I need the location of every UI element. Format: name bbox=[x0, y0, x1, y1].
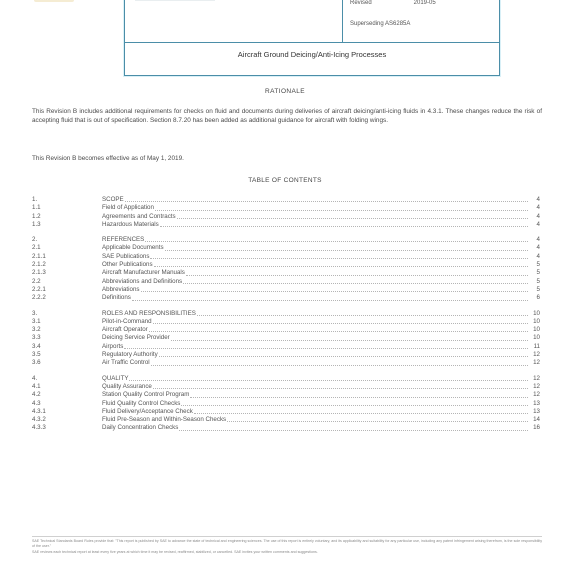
toc-entry-number: 2.2.2 bbox=[32, 294, 102, 302]
toc-entry[interactable]: 2.2Abbreviations and Definitions5 bbox=[32, 278, 540, 286]
toc-entry-number: 4.1 bbox=[32, 383, 102, 391]
toc-entry-page: 4 bbox=[528, 221, 540, 229]
toc-entry-title: Fluid Quality Control Checks bbox=[102, 400, 181, 408]
toc-entry-title: Field of Application bbox=[102, 204, 155, 212]
toc-section-group: 2.REFERENCES42.1Applicable Documents42.1… bbox=[32, 236, 540, 302]
toc-entry[interactable]: 4.3.2Fluid Pre-Season and Within-Season … bbox=[32, 416, 540, 424]
header-top-row: Revised 2019-05 Superseding AS6285A bbox=[125, 0, 499, 43]
toc-section-group: 3.ROLES AND RESPONSIBILITIES103.1Pilot-i… bbox=[32, 310, 540, 368]
toc-entry-number: 4. bbox=[32, 375, 102, 383]
toc-dot-leader bbox=[125, 201, 528, 202]
footer-line-1: SAE Technical Standards Board Rules prov… bbox=[32, 539, 542, 549]
rationale-paragraph: This Revision B includes additional requ… bbox=[32, 108, 542, 125]
toc-dot-leader bbox=[149, 331, 528, 332]
toc-dot-leader bbox=[190, 397, 528, 398]
toc-entry-title: Deicing Service Provider bbox=[102, 334, 171, 342]
effective-date-text: This Revision B becomes effective as of … bbox=[32, 155, 184, 162]
toc-entry-title: Aircraft Operator bbox=[102, 326, 149, 334]
toc-entry-number: 2.1.1 bbox=[32, 253, 102, 261]
toc-entry-page: 13 bbox=[528, 400, 540, 408]
toc-dot-leader bbox=[181, 405, 528, 406]
toc-entry-title: Station Quality Control Program bbox=[102, 391, 190, 399]
toc-entry-page: 12 bbox=[528, 359, 540, 367]
toc-dot-leader bbox=[197, 315, 528, 316]
toc-entry-title: SCOPE bbox=[102, 196, 125, 204]
toc-entry-page: 4 bbox=[528, 196, 540, 204]
toc-entry[interactable]: 3.1Pilot-in-Command10 bbox=[32, 318, 540, 326]
toc-dot-leader bbox=[165, 250, 528, 251]
toc-entry-number: 2.2 bbox=[32, 278, 102, 286]
toc-entry[interactable]: 3.5Regulatory Authority12 bbox=[32, 351, 540, 359]
toc-entry[interactable]: 4.3.3Daily Concentration Checks16 bbox=[32, 424, 540, 432]
toc-entry[interactable]: 4.1Quality Assurance12 bbox=[32, 383, 540, 391]
toc-entry[interactable]: 2.1.1SAE Publications4 bbox=[32, 253, 540, 261]
toc-entry-page: 16 bbox=[528, 424, 540, 432]
toc-entry-page: 12 bbox=[528, 383, 540, 391]
toc-section-group: 4.QUALITY124.1Quality Assurance124.2Stat… bbox=[32, 375, 540, 433]
toc-entry-title: REFERENCES bbox=[102, 236, 145, 244]
toc-dot-leader bbox=[132, 300, 528, 301]
toc-entry[interactable]: 3.6Air Traffic Control12 bbox=[32, 359, 540, 367]
toc-entry-page: 12 bbox=[528, 375, 540, 383]
toc-entry-title: Daily Concentration Checks bbox=[102, 424, 179, 432]
toc-entry-title: Airports bbox=[102, 343, 124, 351]
toc-entry-number: 4.3.2 bbox=[32, 416, 102, 424]
superseding-value: AS6285A bbox=[385, 21, 410, 27]
revised-value: 2019-05 bbox=[414, 0, 436, 6]
toc-dot-leader bbox=[160, 226, 528, 227]
footer-line-2: SAE reviews each technical report at lea… bbox=[32, 550, 542, 555]
document-header-box: Revised 2019-05 Superseding AS6285A Airc… bbox=[124, 0, 500, 76]
toc-entry-number: 2.1.3 bbox=[32, 269, 102, 277]
toc-entry[interactable]: 4.2Station Quality Control Program12 bbox=[32, 391, 540, 399]
toc-entry[interactable]: 1.1Field of Application4 bbox=[32, 204, 540, 212]
toc-entry[interactable]: 3.2Aircraft Operator10 bbox=[32, 326, 540, 334]
toc-entry-number: 1.2 bbox=[32, 213, 102, 221]
toc-entry-number: 1. bbox=[32, 196, 102, 204]
toc-dot-leader bbox=[141, 291, 529, 292]
rationale-heading: RATIONALE bbox=[0, 88, 570, 95]
toc-dot-leader bbox=[159, 356, 528, 357]
revised-label: Revised bbox=[350, 0, 412, 6]
toc-dot-leader bbox=[150, 258, 528, 259]
toc-entry-page: 4 bbox=[528, 236, 540, 244]
toc-entry-title: SAE Publications bbox=[102, 253, 150, 261]
toc-dot-leader bbox=[171, 340, 528, 341]
toc-entry[interactable]: 2.1.2Other Publications5 bbox=[32, 261, 540, 269]
toc-dot-leader bbox=[227, 421, 528, 422]
toc-entry-page: 10 bbox=[528, 334, 540, 342]
toc-entry-page: 10 bbox=[528, 326, 540, 334]
toc-entry-page: 5 bbox=[528, 261, 540, 269]
toc-entry-title: Hazardous Materials bbox=[102, 221, 160, 229]
toc-entry-number: 2.2.1 bbox=[32, 286, 102, 294]
footer-notice: SAE Technical Standards Board Rules prov… bbox=[32, 539, 542, 556]
toc-entry-number: 3.2 bbox=[32, 326, 102, 334]
toc-dot-leader bbox=[194, 413, 528, 414]
toc-entry[interactable]: 2.1Applicable Documents4 bbox=[32, 244, 540, 252]
toc-entry[interactable]: 2.2.2Definitions6 bbox=[32, 294, 540, 302]
toc-entry-title: Agreements and Contracts bbox=[102, 213, 177, 221]
toc-dot-leader bbox=[124, 348, 528, 349]
toc-entry-page: 5 bbox=[528, 269, 540, 277]
toc-entry-page: 12 bbox=[528, 391, 540, 399]
toc-entry-title: Fluid Pre-Season and Within-Season Check… bbox=[102, 416, 227, 424]
revised-row: Revised 2019-05 bbox=[350, 0, 436, 6]
toc-entry-title: Pilot-in-Command bbox=[102, 318, 153, 326]
toc-dot-leader bbox=[151, 365, 528, 366]
toc-dot-leader bbox=[153, 388, 528, 389]
toc-entry-page: 4 bbox=[528, 204, 540, 212]
toc-entry[interactable]: 4.QUALITY12 bbox=[32, 375, 540, 383]
toc-entry-page: 10 bbox=[528, 310, 540, 318]
toc-entry[interactable]: 4.3.1Fluid Delivery/Acceptance Check13 bbox=[32, 408, 540, 416]
toc-entry-number: 3.1 bbox=[32, 318, 102, 326]
toc-entry-page: 5 bbox=[528, 286, 540, 294]
toc-entry-page: 13 bbox=[528, 408, 540, 416]
toc-entry-title: Abbreviations and Definitions bbox=[102, 278, 183, 286]
toc-entry-page: 5 bbox=[528, 278, 540, 286]
toc-entry[interactable]: 3.3Deicing Service Provider10 bbox=[32, 334, 540, 342]
toc-dot-leader bbox=[155, 210, 528, 211]
toc-entry[interactable]: 2.2.1Abbreviations5 bbox=[32, 286, 540, 294]
toc-dot-leader bbox=[183, 283, 528, 284]
toc-entry-page: 12 bbox=[528, 351, 540, 359]
toc-entry[interactable]: 3.ROLES AND RESPONSIBILITIES10 bbox=[32, 310, 540, 318]
toc-entry-number: 3.4 bbox=[32, 343, 102, 351]
toc-entry[interactable]: 4.3Fluid Quality Control Checks13 bbox=[32, 400, 540, 408]
toc-entry-number: 1.3 bbox=[32, 221, 102, 229]
toc-entry-title: Air Traffic Control bbox=[102, 359, 151, 367]
header-right-cell: Revised 2019-05 Superseding AS6285A bbox=[344, 0, 499, 42]
footer-divider bbox=[32, 536, 542, 537]
toc-entry-page: 14 bbox=[528, 416, 540, 424]
toc-entry[interactable]: 1.2Agreements and Contracts4 bbox=[32, 213, 540, 221]
toc-heading: TABLE OF CONTENTS bbox=[0, 177, 570, 184]
toc-entry[interactable]: 2.1.3Aircraft Manufacturer Manuals5 bbox=[32, 269, 540, 277]
toc-entry-number: 1.1 bbox=[32, 204, 102, 212]
toc-entry-title: ROLES AND RESPONSIBILITIES bbox=[102, 310, 197, 318]
toc-entry-number: 4.3.1 bbox=[32, 408, 102, 416]
toc-entry-page: 4 bbox=[528, 213, 540, 221]
toc-entry[interactable]: 1.SCOPE4 bbox=[32, 196, 540, 204]
toc-entry-page: 4 bbox=[528, 244, 540, 252]
toc-entry-number: 3.6 bbox=[32, 359, 102, 367]
superseding-row: Superseding AS6285A bbox=[350, 21, 410, 27]
toc-entry-number: 3.3 bbox=[32, 334, 102, 342]
toc-entry[interactable]: 1.3Hazardous Materials4 bbox=[32, 221, 540, 229]
toc-dot-leader bbox=[154, 266, 528, 267]
toc-entry-number: 2.1 bbox=[32, 244, 102, 252]
toc-entry-number: 4.2 bbox=[32, 391, 102, 399]
toc-entry-page: 6 bbox=[528, 294, 540, 302]
document-title: Aircraft Ground Deicing/Anti-Icing Proce… bbox=[125, 50, 499, 59]
toc-entry-title: Abbreviations bbox=[102, 286, 141, 294]
toc-dot-leader bbox=[129, 380, 528, 381]
toc-entry-number: 4.3.3 bbox=[32, 424, 102, 432]
toc-dot-leader bbox=[145, 241, 528, 242]
toc-entry-title: Definitions bbox=[102, 294, 132, 302]
superseding-label: Superseding bbox=[350, 21, 384, 27]
toc-dot-leader bbox=[153, 323, 528, 324]
toc-entry-number: 3.5 bbox=[32, 351, 102, 359]
toc-entry-title: Fluid Delivery/Acceptance Check bbox=[102, 408, 194, 416]
document-page: Revised 2019-05 Superseding AS6285A Airc… bbox=[0, 0, 570, 570]
toc-entry-title: QUALITY bbox=[102, 375, 129, 383]
toc-entry-number: 2. bbox=[32, 236, 102, 244]
header-left-cell bbox=[125, 0, 343, 42]
toc-entry[interactable]: 3.4Airports11 bbox=[32, 343, 540, 351]
header-cutoff-text bbox=[135, 0, 215, 1]
toc-entry-page: 4 bbox=[528, 253, 540, 261]
toc-entry[interactable]: 2.REFERENCES4 bbox=[32, 236, 540, 244]
toc-section-group: 1.SCOPE41.1Field of Application41.2Agree… bbox=[32, 196, 540, 229]
toc-entry-title: Aircraft Manufacturer Manuals bbox=[102, 269, 186, 277]
toc-dot-leader bbox=[186, 275, 528, 276]
toc-entry-page: 10 bbox=[528, 318, 540, 326]
toc-entry-number: 3. bbox=[32, 310, 102, 318]
toc-entry-title: Other Publications bbox=[102, 261, 154, 269]
toc-dot-leader bbox=[179, 430, 528, 431]
toc-entry-number: 4.3 bbox=[32, 400, 102, 408]
sae-logo bbox=[34, 0, 74, 2]
toc-entry-title: Applicable Documents bbox=[102, 244, 165, 252]
toc-dot-leader bbox=[177, 218, 528, 219]
toc-entry-page: 11 bbox=[528, 343, 540, 351]
toc-entry-title: Regulatory Authority bbox=[102, 351, 159, 359]
table-of-contents: 1.SCOPE41.1Field of Application41.2Agree… bbox=[32, 196, 540, 440]
toc-entry-title: Quality Assurance bbox=[102, 383, 153, 391]
toc-entry-number: 2.1.2 bbox=[32, 261, 102, 269]
